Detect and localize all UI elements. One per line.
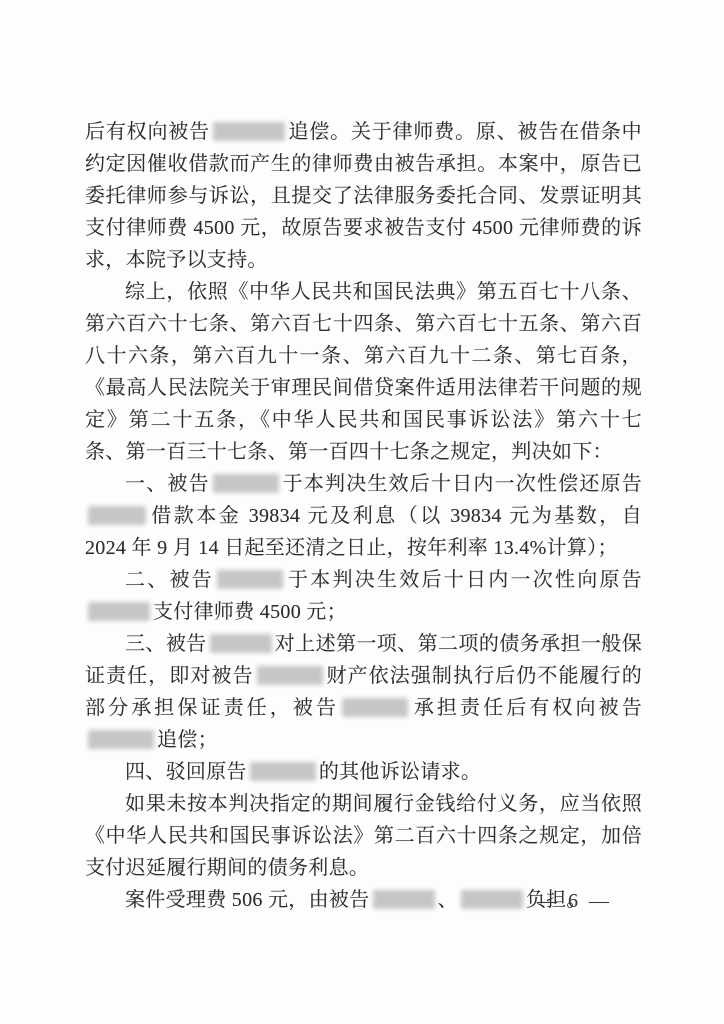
- redacted-name: [210, 634, 272, 653]
- judgment-item-4: 四、驳回原告的其他诉讼请求。: [85, 756, 642, 788]
- text-run: 追偿；: [157, 729, 218, 751]
- page-number: — 6 —: [537, 890, 612, 913]
- text-run: 支付律师费 4500 元；: [153, 601, 347, 623]
- redacted-name: [88, 730, 154, 749]
- text-run: 案件受理费 506 元，由被告: [125, 889, 370, 911]
- judgment-item-3: 三、被告对上述第一项、第二项的债务承担一般保证责任，即对被告财产依法强制执行后仍…: [85, 628, 642, 756]
- text-run: 、: [438, 889, 458, 911]
- text-run: 的其他诉讼请求。: [319, 761, 481, 783]
- text-run: 追偿。关于律师费。原、被告在借条中约定因催收借款而产生的律师费由被告承担。本案中…: [85, 121, 642, 271]
- judgment-item-1: 一、被告于本判决生效后十日内一次性偿还原告借款本金 39834 元及利息（以 3…: [85, 468, 642, 564]
- redacted-name: [257, 666, 323, 685]
- text-run: 后有权向被告: [85, 121, 210, 143]
- text-run: 承担责任后有权向被告: [411, 697, 642, 719]
- redacted-name: [373, 890, 435, 909]
- redacted-name: [217, 570, 283, 589]
- text-run: 于本判决生效后十日内一次性偿还原告: [282, 473, 642, 495]
- text-run: 一、被告: [125, 473, 210, 495]
- redacted-name: [88, 602, 150, 621]
- paragraph-late-performance: 如果未按本判决指定的期间履行金钱给付义务，应当依照《中华人民共和国民事诉讼法》第…: [85, 788, 642, 884]
- redacted-name: [250, 762, 316, 781]
- text-run: 借款本金 39834 元及利息（以 39834 元为基数，自 2024 年 9 …: [85, 505, 642, 559]
- text-run: 三、被告: [125, 633, 207, 655]
- judgment-item-2: 二、被告于本判决生效后十日内一次性向原告支付律师费 4500 元；: [85, 564, 642, 628]
- text-run: 如果未按本判决指定的期间履行金钱给付义务，应当依照《中华人民共和国民事诉讼法》第…: [85, 793, 642, 879]
- redacted-name: [213, 122, 285, 141]
- redacted-name: [213, 474, 279, 493]
- redacted-name: [461, 890, 523, 909]
- redacted-name: [88, 506, 146, 525]
- paragraph-legal-basis: 综上，依照《中华人民共和国民法典》第五百七十八条、第六百六十七条、第六百七十四条…: [85, 276, 642, 468]
- redacted-name: [342, 698, 408, 717]
- text-run: 二、被告: [125, 569, 214, 591]
- text-run: 四、驳回原告: [125, 761, 247, 783]
- judgment-body: 后有权向被告追偿。关于律师费。原、被告在借条中约定因催收借款而产生的律师费由被告…: [85, 116, 642, 916]
- paragraph-lawyer-fee: 后有权向被告追偿。关于律师费。原、被告在借条中约定因催收借款而产生的律师费由被告…: [85, 116, 642, 276]
- document-page: 后有权向被告追偿。关于律师费。原、被告在借条中约定因催收借款而产生的律师费由被告…: [0, 0, 724, 1024]
- text-run: 综上，依照《中华人民共和国民法典》第五百七十八条、第六百六十七条、第六百七十四条…: [85, 281, 642, 463]
- text-run: 于本判决生效后十日内一次性向原告: [286, 569, 642, 591]
